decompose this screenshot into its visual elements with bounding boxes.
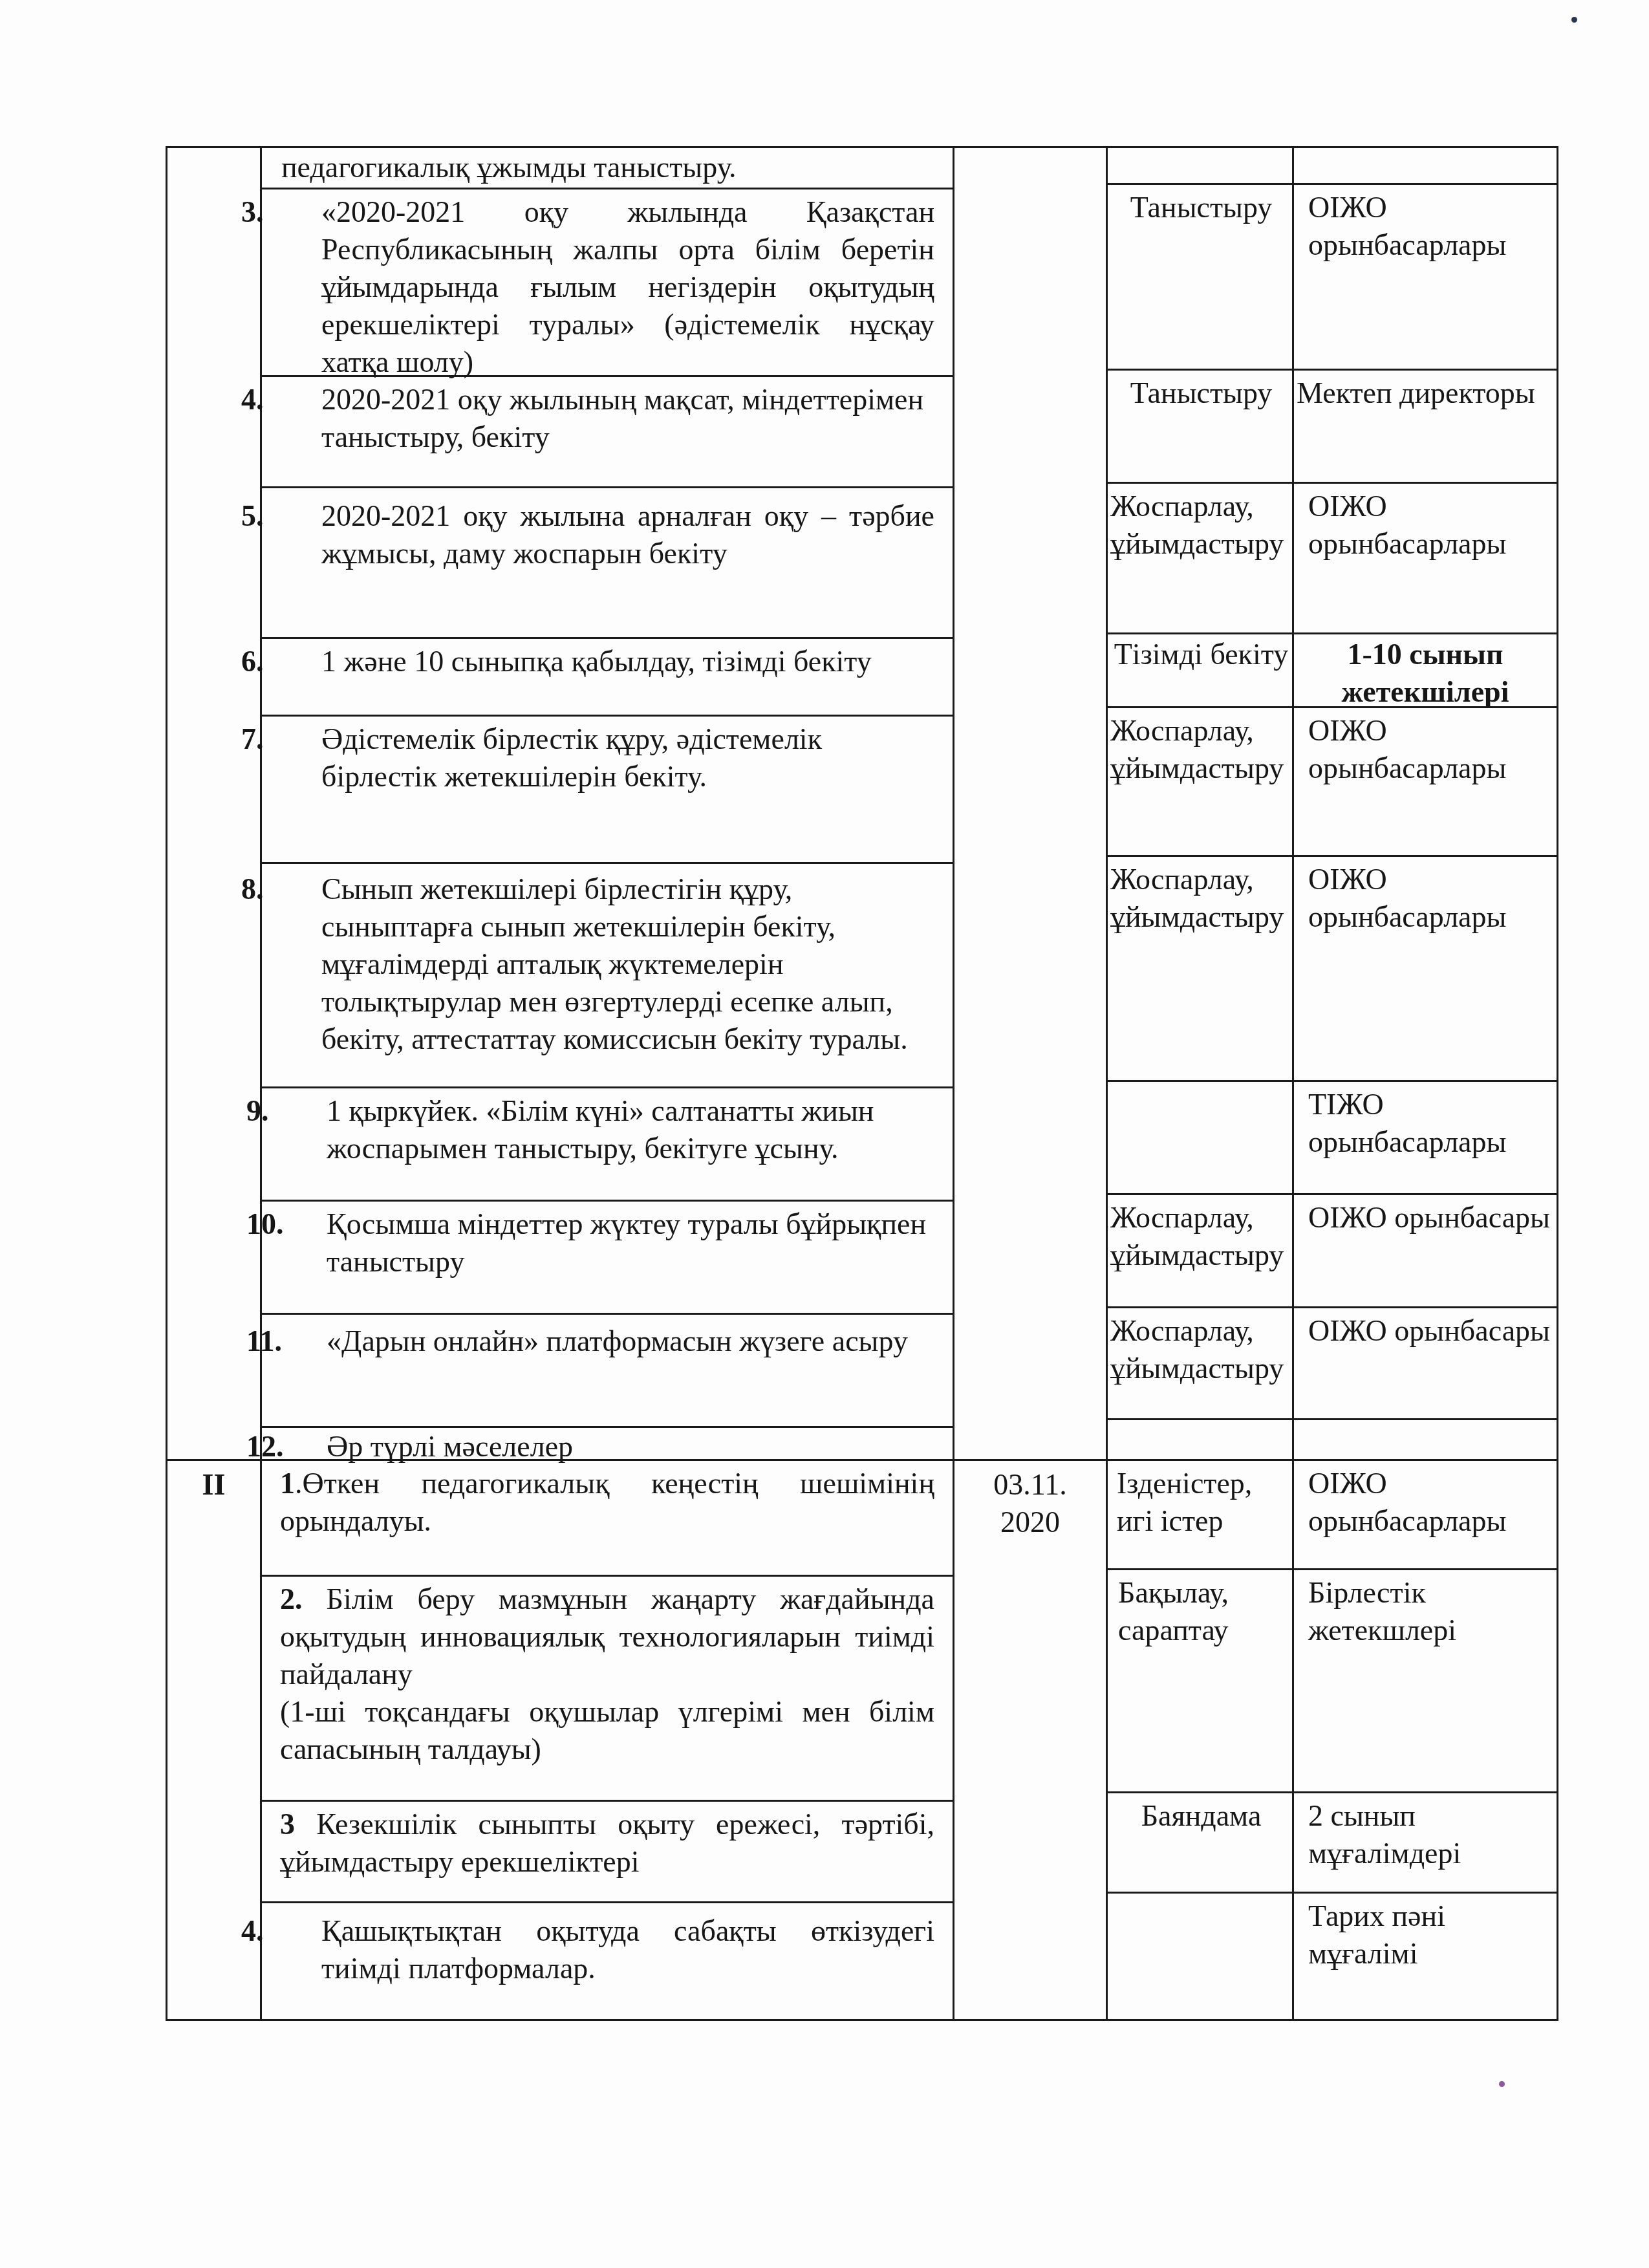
topic-text: Қашықтықтан оқытуда сабақты өткізудегі т… xyxy=(321,1914,934,1985)
topic-cell: 12.Әр түрлі мәселелер xyxy=(262,1428,953,1459)
topic-text: 2020-2021 оқу жылына арналған оқу – тәрб… xyxy=(321,499,934,570)
topic-text: Қосымша міндеттер жүктеу туралы бұйрықпе… xyxy=(327,1207,926,1278)
topic-cell: 10.Қосымша міндеттер жүктеу туралы бұйры… xyxy=(262,1202,953,1313)
method-cell: Жоспарлау, ұйымдастыру xyxy=(1108,484,1292,632)
topic-text: Әр түрлі мәселелер xyxy=(327,1430,573,1463)
topic-text: Сынып жетекшілері бірлестігін құру, сыны… xyxy=(321,872,908,1055)
responsible-cell: ОІЖО орынбасарлары xyxy=(1294,484,1557,632)
method-text: Бақылау, сараптау xyxy=(1118,1576,1229,1647)
method-cell: Тізімді бекіту xyxy=(1108,634,1292,706)
item-number: 6. xyxy=(281,643,321,680)
topic-text: 1 және 10 сыныпқа қабылдау, тізімді бекі… xyxy=(321,645,872,678)
responsible-cell: ОІЖО орынбасары xyxy=(1294,1195,1557,1306)
method-text: Жоспарлау, ұйымдастыру xyxy=(1110,490,1284,560)
item-number: 5. xyxy=(281,497,321,535)
topic-cell: 4.Қашықтықтан оқытуда сабақты өткізудегі… xyxy=(262,1903,953,2019)
responsible-cell: Бірлестік жетекшлері xyxy=(1294,1570,1557,1791)
method-cell: Ізденістер, игі істер xyxy=(1108,1461,1292,1568)
responsible-cell: ОІЖО орынбасарлары xyxy=(1294,708,1557,855)
method-text: Ізденістер, игі істер xyxy=(1117,1467,1252,1537)
method-text: Жоспарлау, ұйымдастыру xyxy=(1110,863,1284,933)
method-cell: Жоспарлау, ұйымдастыру xyxy=(1108,1195,1292,1306)
responsible-cell: ОІЖО орынбасары xyxy=(1294,1308,1557,1418)
method-cell xyxy=(1108,1420,1292,1459)
topic-text: «2020-2021 оқу жылында Қазақстан Республ… xyxy=(321,195,934,378)
topic-cell: 11.«Дарын онлайн» платформасын жүзеге ас… xyxy=(262,1315,953,1426)
topic-cell: 2. Білім беру мазмұнын жаңарту жағдайынд… xyxy=(262,1577,953,1800)
date-cell: 03.11. 2020 xyxy=(954,1461,1106,1564)
topic-cell: 3.«2020-2021 оқу жылында Қазақстан Респу… xyxy=(262,189,953,375)
responsible-text: ОІЖО орынбасарлары xyxy=(1308,863,1506,933)
topic-cell: педагогикалық ұжымды таныстыру. xyxy=(262,147,953,188)
responsible-text: ОІЖО орынбасарлары xyxy=(1308,714,1506,784)
responsible-cell: 1-10 сынып жетекшілері xyxy=(1294,634,1557,706)
table-bottom-border xyxy=(166,2019,1558,2021)
method-text: Тізімді бекіту xyxy=(1114,638,1288,671)
responsible-text: Тарих пәні мұғалімі xyxy=(1308,1899,1445,1970)
responsible-cell: Мектеп директоры xyxy=(1294,371,1557,482)
item-number: 2. xyxy=(280,1582,303,1615)
responsible-cell: 2 сынып мұғалімдері xyxy=(1294,1793,1557,1892)
responsible-cell xyxy=(1294,1420,1557,1459)
responsible-text: ОІЖО орынбасарлары xyxy=(1308,191,1506,261)
method-text: Жоспарлау, ұйымдастыру xyxy=(1110,714,1284,784)
date-text: 03.11. 2020 xyxy=(993,1468,1066,1539)
item-number: 3 xyxy=(280,1808,295,1841)
scan-speck xyxy=(1499,2081,1505,2087)
item-number: 11. xyxy=(286,1323,327,1360)
item-number: 1 xyxy=(280,1467,295,1500)
method-cell xyxy=(1108,1894,1292,2019)
topic-text: «Дарын онлайн» платформасын жүзеге асыру xyxy=(327,1324,908,1357)
scan-speck xyxy=(1571,17,1577,23)
responsible-text: Бірлестік жетекшлері xyxy=(1308,1576,1456,1647)
topic-text: 2020-2021 оқу жылының мақсат, міндеттері… xyxy=(321,383,923,453)
method-text: Таныстыру xyxy=(1130,376,1273,409)
method-cell: Баяндама xyxy=(1108,1793,1292,1892)
topic-text: .Өткен педагогикалық кеңестің шешімінің … xyxy=(280,1467,934,1537)
col-border-topic xyxy=(953,146,954,2021)
method-cell: Таныстыру xyxy=(1108,371,1292,482)
method-text: Баяндама xyxy=(1141,1799,1262,1832)
method-text: Жоспарлау, ұйымдастыру xyxy=(1110,1201,1284,1271)
topic-text: Білім беру мазмұнын жаңарту жағдайында о… xyxy=(280,1582,934,1690)
item-number: 7. xyxy=(281,720,321,758)
responsible-text: ОІЖО орынбасары xyxy=(1308,1314,1550,1347)
topic-cell: 5.2020-2021 оқу жылына арналған оқу – тә… xyxy=(262,488,953,637)
topic-cell: 3 Кезекшілік сыныпты оқыту ережесі, тәрт… xyxy=(262,1802,953,1901)
table-left-border xyxy=(166,146,167,2021)
topic-text: 1 қыркүйек. «Білім күні» салтанатты жиын… xyxy=(327,1094,874,1165)
responsible-cell: ОІЖО орынбасарлары xyxy=(1294,857,1557,1080)
topic-note: (1-ші тоқсандағы оқушылар үлгерімі мен б… xyxy=(280,1693,934,1768)
topic-cell: 8.Сынып жетекшілері бірлестігін құру, сы… xyxy=(262,864,953,1086)
item-number: 4. xyxy=(281,381,321,418)
topic-text: педагогикалық ұжымды таныстыру. xyxy=(281,151,737,184)
item-number: 4. xyxy=(281,1912,321,1950)
section-number: II xyxy=(167,1461,260,1539)
topic-cell: 6.1 және 10 сыныпқа қабылдау, тізімді бе… xyxy=(262,639,953,715)
method-cell: Жоспарлау, ұйымдастыру xyxy=(1108,857,1292,1080)
responsible-text: ОІЖО орынбасарлары xyxy=(1308,490,1506,560)
item-number: 9. xyxy=(286,1092,327,1130)
responsible-cell: ОІЖО орынбасарлары xyxy=(1294,1461,1557,1568)
method-text: Таныстыру xyxy=(1130,191,1273,224)
responsible-text: ОІЖО орынбасарлары xyxy=(1308,1467,1506,1537)
method-text: Жоспарлау, ұйымдастыру xyxy=(1110,1314,1284,1385)
section-number-text: II xyxy=(202,1468,226,1501)
item-number: 10. xyxy=(286,1205,327,1243)
responsible-cell: ОІЖО орынбасарлары xyxy=(1294,185,1557,369)
topic-cell: 9.1 қыркүйек. «Білім күні» салтанатты жи… xyxy=(262,1088,953,1200)
method-cell: Жоспарлау, ұйымдастыру xyxy=(1108,708,1292,855)
topic-text: Әдістемелік бірлестік құру, әдістемелік … xyxy=(321,722,822,793)
topic-cell: 4.2020-2021 оқу жылының мақсат, міндетте… xyxy=(262,377,953,486)
item-number: 8. xyxy=(281,870,321,908)
method-cell: Жоспарлау, ұйымдастыру xyxy=(1108,1308,1292,1418)
topic-cell: 7.Әдістемелік бірлестік құру, әдістемелі… xyxy=(262,717,953,862)
responsible-text: 2 сынып мұғалімдері xyxy=(1308,1799,1461,1870)
responsible-text: Мектеп директоры xyxy=(1297,376,1535,409)
responsible-cell: Тарих пәні мұғалімі xyxy=(1294,1894,1557,2019)
item-number: 3. xyxy=(281,193,321,231)
topic-text: Кезекшілік сыныпты оқыту ережесі, тәртіб… xyxy=(280,1808,934,1878)
responsible-cell: ТІЖО орынбасарлары xyxy=(1294,1082,1557,1193)
topic-cell: 1.Өткен педагогикалық кеңестің шешімінің… xyxy=(262,1461,953,1575)
table-right-border xyxy=(1557,146,1558,2021)
method-cell xyxy=(1108,1082,1292,1193)
method-cell: Таныстыру xyxy=(1108,185,1292,369)
item-number: 12. xyxy=(286,1428,327,1465)
method-cell: Бақылау, сараптау xyxy=(1108,1570,1292,1791)
responsible-text: ТІЖО орынбасарлары xyxy=(1308,1088,1506,1158)
responsible-text: 1-10 сынып жетекшілері xyxy=(1342,638,1509,708)
responsible-text: ОІЖО орынбасары xyxy=(1308,1201,1550,1234)
